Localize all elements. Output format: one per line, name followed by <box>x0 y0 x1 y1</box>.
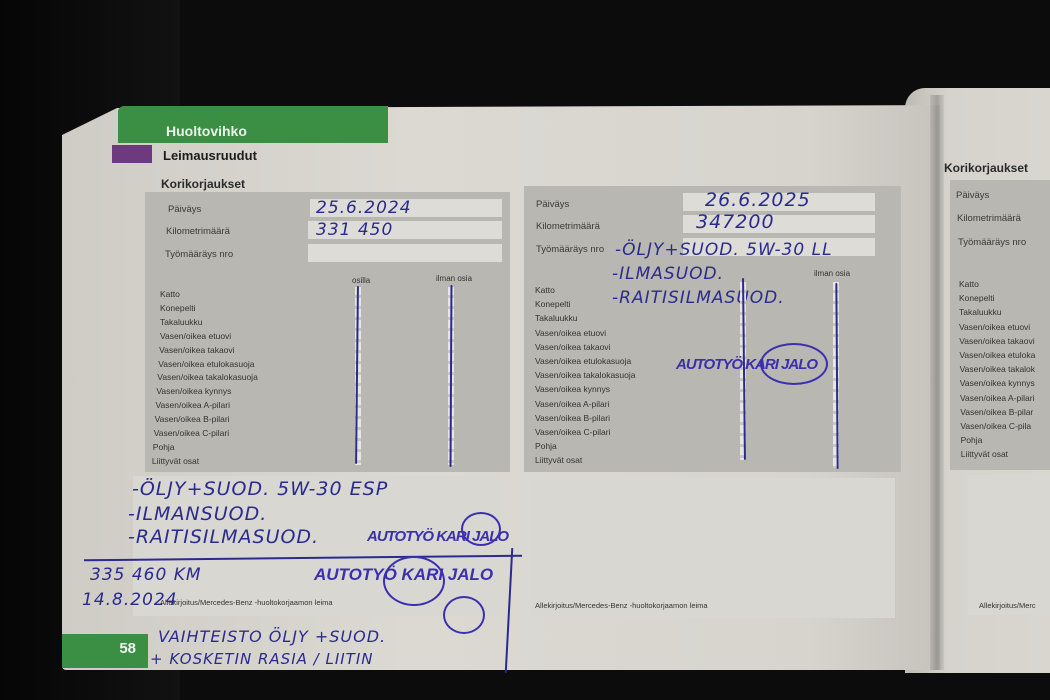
field-workorder-box <box>308 244 502 262</box>
repair-item-label: Katto <box>959 279 979 289</box>
repair-item-label: Vasen/oikea kynnys <box>960 378 1035 388</box>
repair-item-label: Konepelti <box>535 299 570 309</box>
repair-item-label: Vasen/oikea etulokasuoja <box>535 356 631 366</box>
repair-item-label: Vasen/oikea etuovi <box>535 328 606 338</box>
field-km-value: 331 450 <box>316 220 393 240</box>
page-number-tab: 58 <box>62 634 148 668</box>
repair-item-label: Vasen/oikea C-pila <box>960 421 1031 431</box>
repair-item-label: Vasen/oikea C-pilari <box>154 428 229 438</box>
field-workorder-value: -ÖLJY+SUOD. 5W-30 LL <box>615 240 833 260</box>
facing-signature-label: Allekirjoitus/Merc <box>979 601 1036 610</box>
signature-label-right: Allekirjoitus/Mercedes-Benz -huoltokorja… <box>535 601 708 610</box>
handwritten-note: VAIHTEISTO ÖLJY +SUOD. <box>158 627 386 646</box>
section-title: Leimausruudut <box>163 148 257 163</box>
signature-label-left: Allekirjoitus/Mercedes-Benz -huoltokorja… <box>160 598 333 607</box>
repair-item-label: Takaluukku <box>160 317 203 327</box>
repair-item-label: Vasen/oikea C-pilari <box>535 427 610 437</box>
facing-field-label: Työmääräys nro <box>958 237 1026 248</box>
signature-circle <box>443 596 485 634</box>
repair-item-label: Liittyvät osat <box>535 455 582 465</box>
repair-item-label: Vasen/oikea kynnys <box>156 386 231 396</box>
form-left-title: Korikorjaukset <box>161 177 245 191</box>
page-number: 58 <box>119 640 136 657</box>
signature-circle <box>461 512 501 546</box>
field-label-km: Kilometrimäärä <box>166 226 230 237</box>
facing-signature-box <box>968 475 1050 615</box>
repair-item-label: Vasen/oikea etuovi <box>959 322 1030 332</box>
repair-item-label: Vasen/oikea takalokasuoja <box>535 370 636 380</box>
repair-item-label: Konepelti <box>160 303 195 313</box>
repair-item-label: Vasen/oikea kynnys <box>535 384 610 394</box>
handwritten-note: + KOSKETIN RASIA / LIITIN <box>150 650 373 668</box>
repair-item-label: Konepelti <box>959 293 994 303</box>
handwritten-note: -RAITISILMASUOD. <box>128 526 319 548</box>
repair-item-label: Vasen/oikea takaovi <box>959 336 1034 346</box>
handwritten-km: 335 460 KM <box>90 565 202 585</box>
field-label-date: Päiväys <box>168 204 201 215</box>
repair-item-label: Vasen/oikea A-pilari <box>535 399 610 409</box>
handwritten-note: -ILMANSUOD. <box>128 503 267 525</box>
repair-item-label: Liittyvät osat <box>961 449 1008 459</box>
repair-item-label: Vasen/oikea A-pilari <box>156 400 231 410</box>
facing-field-label: Kilometrimäärä <box>957 213 1021 224</box>
field-date-value: 25.6.2024 <box>316 198 412 218</box>
field-label-workorder: Työmääräys nro <box>165 249 233 260</box>
repair-item-label: Vasen/oikea B-pilari <box>535 413 610 423</box>
repair-item-label: Takaluukku <box>959 307 1002 317</box>
repair-item-label: Pohja <box>961 435 983 445</box>
repair-item-label: Pohja <box>535 441 557 451</box>
facing-field-label: Päiväys <box>956 190 989 201</box>
signature-box-right <box>530 478 895 618</box>
field-label-km: Kilometrimäärä <box>536 221 600 232</box>
header-title: Huoltovihko <box>166 123 247 139</box>
repair-item-label: Vasen/oikea B-pilar <box>960 407 1033 417</box>
handwritten-note: -ILMASUOD. <box>612 264 724 284</box>
purple-marker <box>112 145 152 163</box>
col-head-parts: osilla <box>352 276 370 285</box>
repair-item-label: Vasen/oikea takaovi <box>159 345 234 355</box>
book-gutter <box>930 95 944 670</box>
repair-item-label: Vasen/oikea etuloka <box>959 350 1035 360</box>
repair-item-label: Vasen/oikea takalokasuoja <box>157 372 258 382</box>
repair-item-label: Vasen/oikea etuovi <box>160 331 231 341</box>
repair-item-label: Vasen/oikea takalok <box>960 364 1035 374</box>
handwritten-note: -RAITISILMASUOD. <box>612 288 785 308</box>
signature-circle <box>383 556 445 606</box>
field-label-date: Päiväys <box>536 199 569 210</box>
repair-item-label: Katto <box>160 289 180 299</box>
col-head-no-parts: ilman osia <box>436 274 472 283</box>
repair-item-label: Vasen/oikea etulokasuoja <box>158 359 254 369</box>
field-km-value: 347200 <box>696 211 775 233</box>
repair-item-label: Vasen/oikea A-pilari <box>960 393 1035 403</box>
field-label-workorder: Työmääräys nro <box>536 244 604 255</box>
repair-item-label: Liittyvät osat <box>152 456 199 466</box>
facing-page-title: Korikorjaukset <box>944 161 1028 175</box>
repair-item-label: Katto <box>535 285 555 295</box>
signature-circle <box>760 343 828 385</box>
repair-item-label: Vasen/oikea B-pilari <box>155 414 230 424</box>
handwritten-note: -ÖLJY+SUOD. 5W-30 ESP <box>132 478 388 500</box>
repair-item-label: Takaluukku <box>535 313 578 323</box>
field-date-value: 26.6.2025 <box>705 189 811 211</box>
repair-item-label: Pohja <box>153 442 175 452</box>
col-head-no-parts: ilman osia <box>814 269 850 278</box>
repair-item-label: Vasen/oikea takaovi <box>535 342 610 352</box>
header-tab: Huoltovihko <box>118 106 388 143</box>
